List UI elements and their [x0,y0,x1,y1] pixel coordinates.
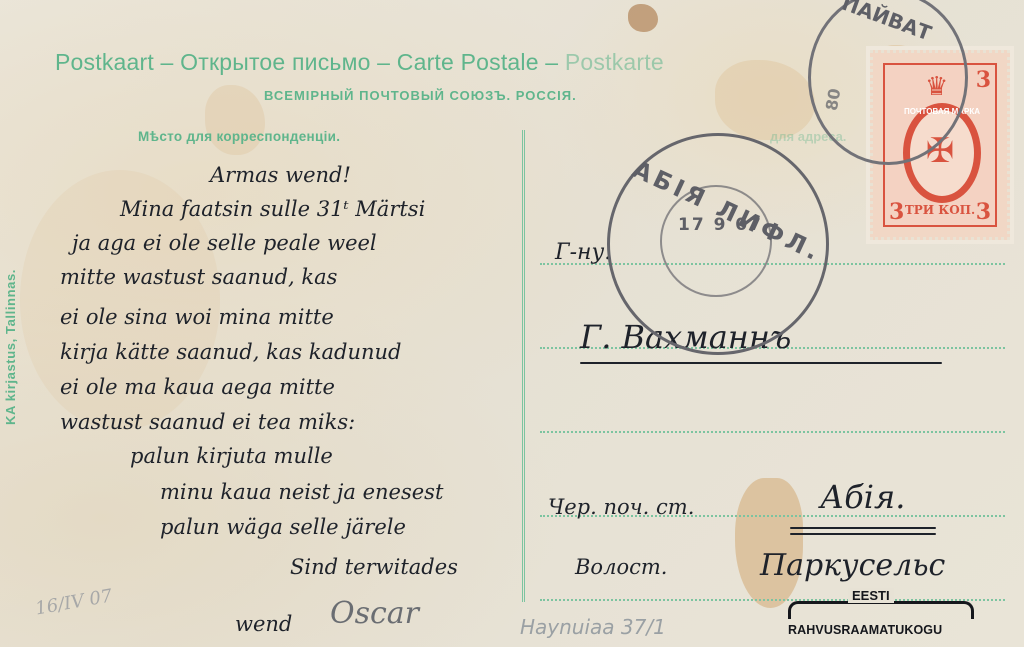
paper-stain [715,60,815,140]
message-line: ja aga ei ole selle peale weel [72,231,377,255]
station-underline [790,527,936,529]
paper-stain [628,4,658,32]
library-stamp-bottom: RAHVUSRAAMATUKOGU [788,623,942,637]
message-greeting: Armas wend! [210,163,351,187]
corner-postmark-extra: 80 [822,87,845,112]
address-station: Абія. [820,478,905,516]
printer-imprint: KA kirjastus, Tallinnas. [3,269,18,425]
library-stamp-bracket [788,601,974,619]
paper-stain [205,85,265,155]
correspondence-label: Мѣсто для корреспонденціи. [138,129,340,144]
center-divider [522,130,525,602]
message-line: wastust saanud ei tea miks: [60,410,355,434]
stamp-denomination-tr: 3 [976,67,991,93]
signature-word: wend [235,612,292,636]
message-line: ei ole sina woi mina mitte [60,305,334,329]
main-postmark-date: 17 9 07 [678,215,763,235]
message-line: minu kaua neist ja enesest [160,480,443,504]
title-russian: Открытое письмо [180,49,370,75]
message-line: palun wäga selle järele [160,515,406,539]
pencil-archive-note: Haynuiaa 37/1 [520,615,666,639]
address-salutation: Г-ну. [555,240,611,265]
message-line: ei ole ma kaua aega mitte [60,375,335,399]
title-estonian: Postkaart [55,49,154,75]
signature-name: Oscar [330,596,419,631]
message-line: Sind terwitades [290,555,458,579]
title-separator: – [154,49,180,75]
library-stamp-top: EESTI [848,588,894,603]
header-subtitle: ВСЕМІРНЫЙ ПОЧТОВЫЙ СОЮЗЪ. РОССІЯ. [264,88,577,103]
message-line: kirja kätte saanud, kas kadunud [60,340,401,364]
message-line: palun kirjuta mulle [130,444,333,468]
postcard-back: Postkaart – Открытое письмо – Carte Post… [0,0,1024,647]
address-line [540,431,1005,433]
title-german: Postkarte [565,49,664,75]
paper-stain [735,478,803,608]
message-line: mitte wastust saanud, kas [60,265,337,289]
address-volost-prefix: Волост. [575,555,667,579]
message-line: Mina faatsin sulle 31ᵗ Märtsi [120,197,425,221]
station-underline [790,533,936,535]
title-separator: – [371,49,397,75]
address-volost: Паркусельс [760,548,945,583]
stamp-value-text: ТРИ КОП. [885,203,995,217]
title-separator: – [539,49,565,75]
header-title: Postkaart – Открытое письмо – Carte Post… [55,49,664,76]
address-station-prefix: Чер. поч. ст. [548,495,694,519]
name-underline [580,362,942,364]
title-french: Carte Postale [397,49,539,75]
margin-date: 16/IV 07 [34,585,114,619]
